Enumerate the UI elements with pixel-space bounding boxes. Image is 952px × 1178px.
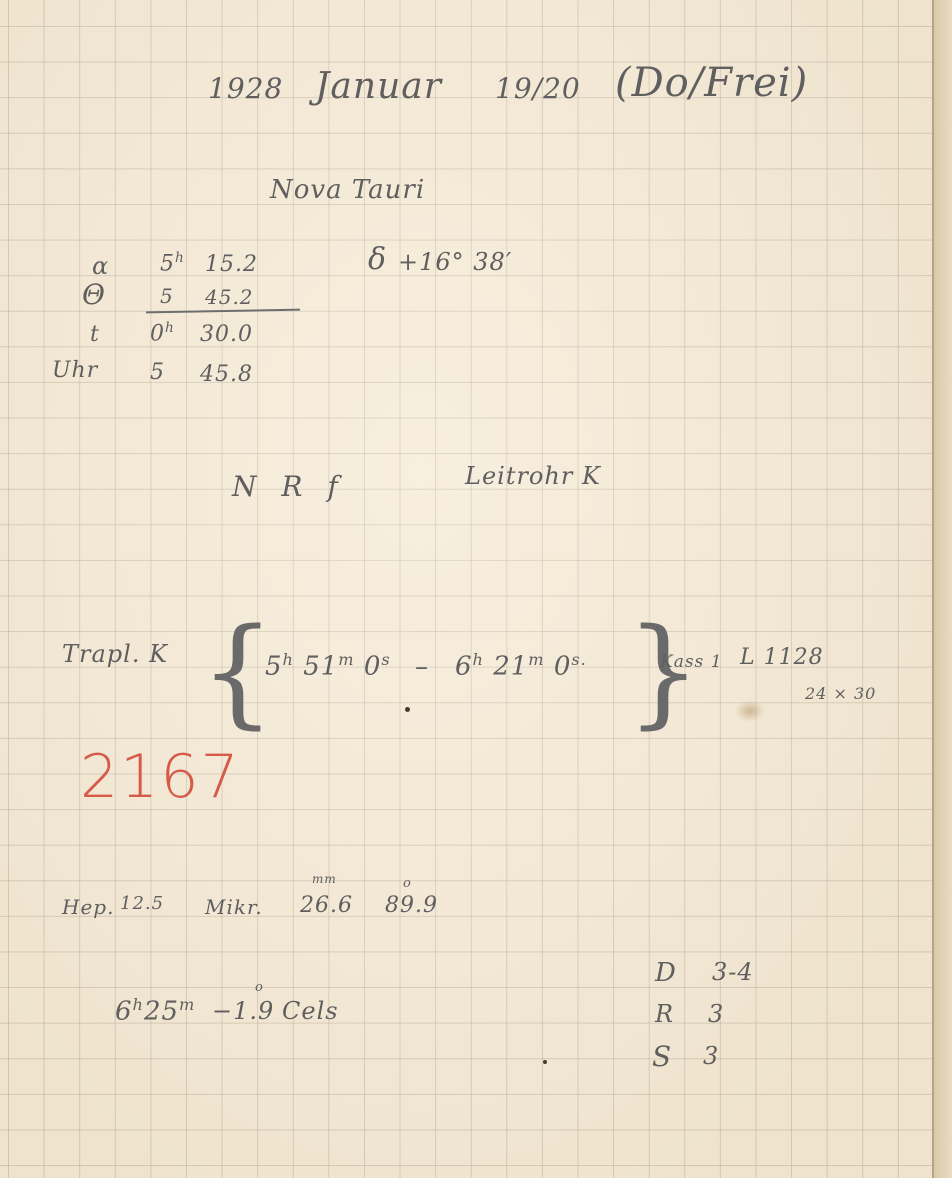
paper-stain <box>735 700 765 722</box>
cassette-label: Kass 1 <box>660 652 723 672</box>
reading-temperature-unit: o <box>255 980 264 995</box>
guide-telescope-note: Leitrohr K <box>465 462 601 490</box>
ink-dot <box>405 707 410 712</box>
reading-scale: Cels <box>282 997 339 1025</box>
alpha-hours: 5h <box>160 250 185 276</box>
end-time: 6h 21m 0s. <box>455 650 587 682</box>
time-range-separator: – <box>415 652 429 682</box>
temperature-value: 12.5 <box>120 893 164 914</box>
alpha-minutes: 15.2 <box>205 252 258 277</box>
pressure-value: 26.6 <box>300 893 353 918</box>
declination-symbol: δ <box>368 242 387 277</box>
header-year: 1928 <box>208 72 283 105</box>
uhr-hours: 5 <box>150 360 165 385</box>
rating-label: R <box>655 1000 674 1028</box>
humidity-value: 89.9 <box>385 893 438 918</box>
uhr-minutes: 45.8 <box>200 362 253 387</box>
humidity-unit: o <box>403 876 412 891</box>
reading-time: 6h25m <box>115 995 195 1027</box>
symbol-uhr: Uhr <box>52 358 98 383</box>
rating-value: 3 <box>703 1042 719 1070</box>
left-brace-icon: { <box>200 612 275 730</box>
exposure-label: Trapl. K <box>62 640 168 668</box>
t-hours: 0h <box>150 320 175 346</box>
theta-minutes: 45.2 <box>205 285 254 309</box>
reading-temperature: −1.9 <box>212 997 274 1025</box>
temperature-label: Hep. <box>62 895 114 919</box>
symbol-theta: Θ <box>82 278 106 311</box>
start-time: 5h 51m 0s <box>265 650 391 682</box>
plate-size: 24 × 30 <box>805 684 876 703</box>
theta-hours: 5 <box>160 284 174 308</box>
header-month: Januar <box>315 66 442 107</box>
symbol-alpha: α <box>92 252 109 280</box>
rating-value: 3 <box>708 1000 724 1028</box>
plate-number: 2167 <box>80 742 241 812</box>
adjacent-page-edge <box>934 0 952 1178</box>
pressure-unit: mm <box>312 872 337 886</box>
rating-label: D <box>655 958 677 988</box>
rating-label: S <box>652 1040 672 1073</box>
ink-dot <box>543 1060 547 1064</box>
header-days: 19/20 <box>495 72 581 105</box>
symbol-t: t <box>90 322 100 347</box>
instrument-code: N R f <box>232 470 346 503</box>
object-name: Nova Tauri <box>270 175 425 205</box>
t-minutes: 30.0 <box>200 322 253 347</box>
header-weekdays: (Do/Frei) <box>615 60 808 106</box>
rating-value: 3-4 <box>712 958 754 986</box>
pressure-label: Mikr. <box>205 895 263 919</box>
plate-id: L 1128 <box>740 645 824 670</box>
declination-value: +16° 38′ <box>398 248 512 276</box>
